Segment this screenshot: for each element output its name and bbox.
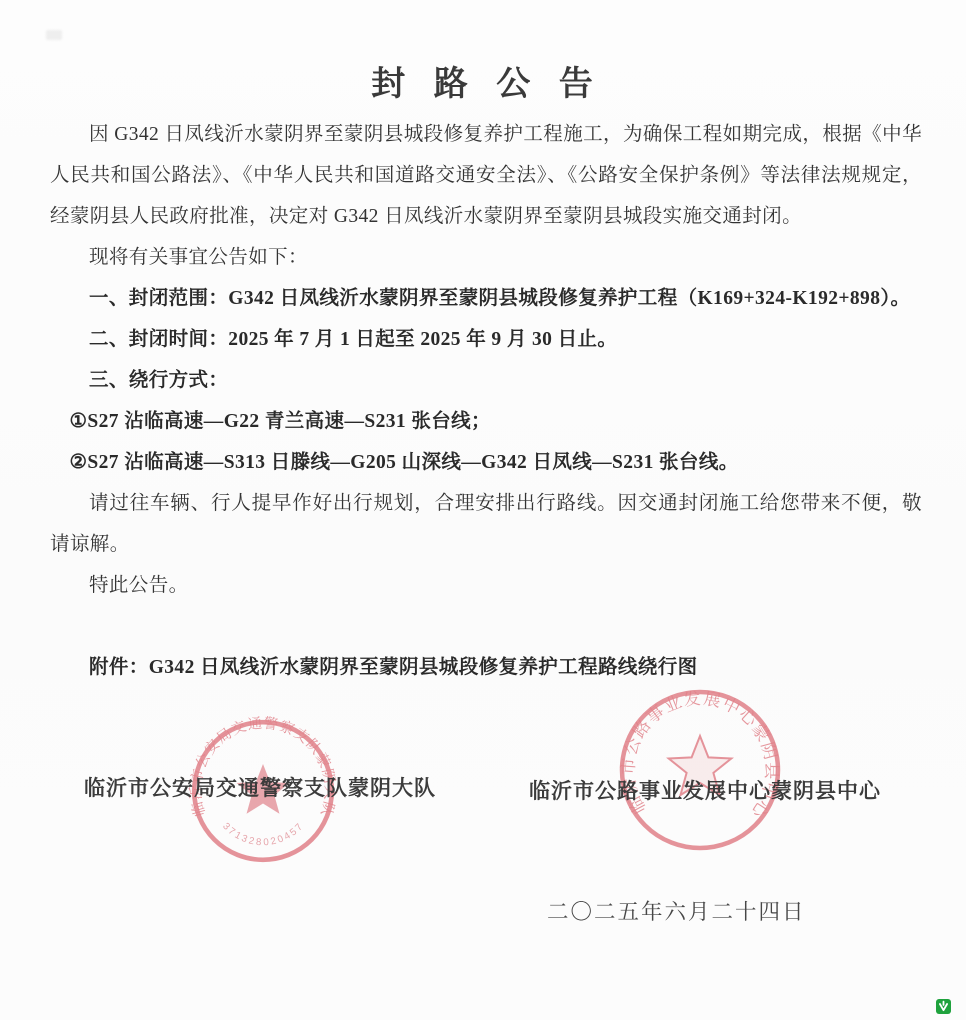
download-badge[interactable]	[936, 999, 951, 1014]
issue-date: 二〇二五年六月二十四日	[547, 895, 806, 926]
notice-document: 封 路 公 告 因 G342 日凤线沂水蒙阴界至蒙阴县城段修复养护工程施工，为确…	[0, 0, 966, 1020]
notice-body: 因 G342 日凤线沂水蒙阴界至蒙阴县城段修复养护工程施工，为确保工程如期完成，…	[50, 114, 922, 688]
highway-center-seal-stamp: 临沂市公路事业发展中心蒙阴县中心	[616, 686, 784, 854]
paragraph-apology: 请过往车辆、行人提早作好出行规划，合理安排出行路线。因交通封闭施工给您带来不便，…	[50, 483, 922, 565]
paragraph-closure-time: 二、封闭时间：2025 年 7 月 1 日起至 2025 年 9 月 30 日止…	[50, 319, 922, 360]
paragraph-detour-head: 三、绕行方式：	[50, 360, 922, 401]
issuer-right-signature: 临沂市公路事业发展中心蒙阴县中心	[529, 775, 881, 805]
paragraph-attachment: 附件：G342 日凤线沂水蒙阴界至蒙阴县城段修复养护工程路线绕行图	[50, 647, 922, 688]
issuer-left-signature: 临沂市公安局交通警察支队蒙阴大队	[84, 772, 436, 802]
paragraph-hereby: 特此公告。	[50, 565, 922, 606]
download-icon	[936, 999, 951, 1014]
scan-artifact	[46, 30, 62, 40]
paragraph-intro: 因 G342 日凤线沂水蒙阴界至蒙阴县城段修复养护工程施工，为确保工程如期完成，…	[50, 114, 922, 237]
paragraph-detour-route-2: ②S27 沾临高速—S313 日滕线—G205 山深线—G342 日凤线—S23…	[50, 442, 922, 483]
paragraph-closure-scope: 一、封闭范围：G342 日凤线沂水蒙阴界至蒙阴县城段修复养护工程（K169+32…	[50, 278, 922, 319]
paragraph-lead-in: 现将有关事宜公告如下：	[50, 237, 922, 278]
paragraph-detour-route-1: ①S27 沾临高速—G22 青兰高速—S231 张台线；	[50, 401, 922, 442]
page-title: 封 路 公 告	[0, 56, 966, 105]
